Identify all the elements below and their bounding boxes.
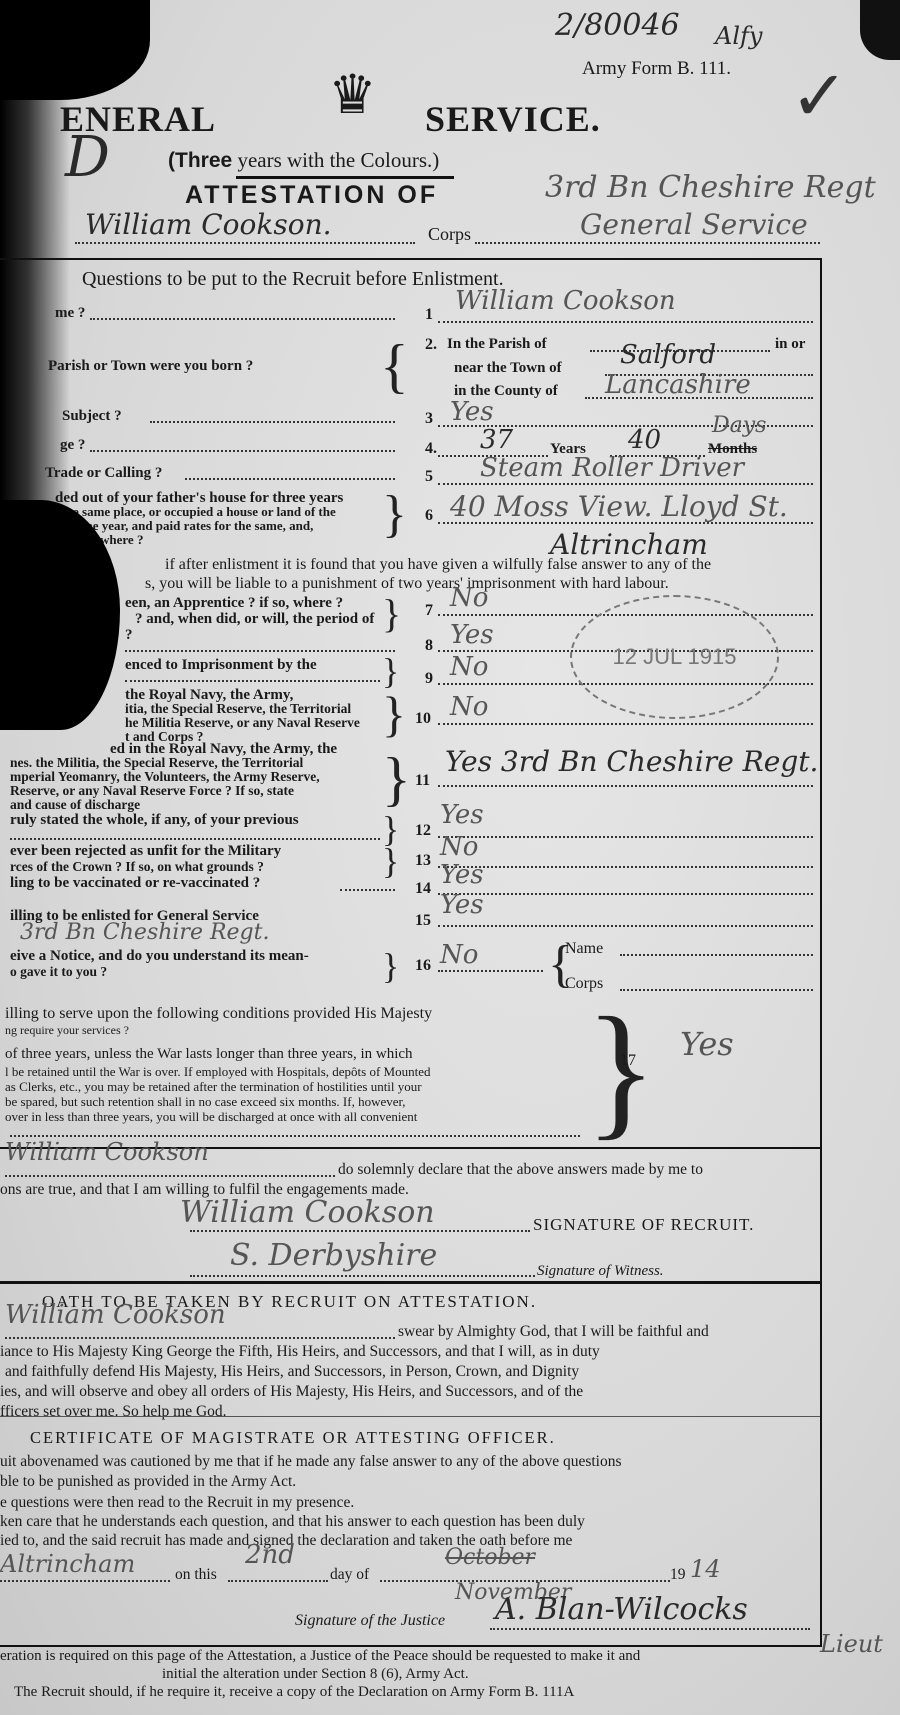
warning-text: if after enlistment it is found that you…: [165, 555, 711, 593]
witness-signature: S. Derbyshire: [230, 1238, 437, 1273]
text-line: the Royal Navy, the Army,: [125, 688, 360, 702]
dotted-line: [620, 954, 813, 956]
brace: }: [585, 995, 657, 1145]
divider: [236, 176, 454, 179]
text-line: een, an Apprentice ? if so, where ?: [125, 595, 374, 611]
age-years-answer: 37: [480, 425, 513, 455]
dotted-line: [438, 321, 813, 323]
dotted-line: [125, 650, 395, 652]
text-line: e same place, or occupied a house or lan…: [55, 505, 343, 519]
title-general: ENERAL: [60, 98, 216, 140]
attestation-form-page: 2/80046 Alfy Army Form B. 111. ✓ D ENERA…: [0, 0, 900, 1715]
question-8-number: 8: [425, 637, 433, 655]
text-line: over in less than three years, you will …: [5, 1109, 432, 1124]
answer-5: Steam Roller Driver: [480, 453, 744, 483]
name-dotted-line: [75, 242, 415, 244]
question-4-text: ge ?: [60, 437, 85, 454]
answer-16: No: [440, 940, 478, 970]
age-months-answer: 40: [628, 425, 661, 455]
question-16-text: eive a Notice, and do you understand its…: [10, 948, 309, 980]
answer-14: Yes: [440, 860, 484, 890]
answer-11: Yes 3rd Bn Cheshire Regt.: [445, 745, 818, 778]
text-line: itia, the Special Reserve, the Territori…: [125, 702, 360, 716]
oath-line: iance to His Majesty King George the Fif…: [0, 1342, 600, 1362]
dotted-line: [438, 836, 813, 838]
divider: [0, 1281, 820, 1284]
notice-name-label: Name: [565, 940, 603, 957]
brace: }: [382, 590, 401, 637]
answer-13: No: [440, 832, 478, 862]
dotted-line: [340, 889, 395, 891]
text-line: if after enlistment it is found that you…: [165, 555, 711, 574]
corps-dotted-line: [475, 242, 820, 244]
text-line: mperial Yeomanry, the Volunteers, the Ar…: [10, 770, 337, 784]
text-line: l be retained until the War is over. If …: [5, 1064, 432, 1079]
question-12-text: ruly stated the whole, if any, of your p…: [10, 812, 299, 829]
parish-label: In the Parish of: [447, 336, 547, 353]
question-7-text: een, an Apprentice ? if so, where ? ? an…: [125, 595, 374, 643]
answer-9: No: [450, 652, 488, 682]
day-handwritten: 2nd: [245, 1540, 295, 1570]
answer-15: Yes: [440, 890, 484, 920]
question-3-number: 3: [425, 410, 433, 428]
brace: }: [382, 745, 411, 814]
certificate-line: uit abovenamed was cautioned by me that …: [0, 1452, 622, 1472]
days-correction: Days: [712, 413, 766, 438]
answer-17: Yes: [680, 1025, 734, 1063]
year-handwritten: 14: [690, 1555, 721, 1583]
question-2-number: 2.: [425, 336, 437, 354]
question-6-number: 6: [425, 507, 433, 525]
place-handwritten: Altrincham: [0, 1550, 135, 1578]
answer-8: Yes: [450, 620, 494, 650]
town-answer: Salford: [620, 340, 716, 370]
question-17-text: illing to serve upon the following condi…: [5, 1005, 432, 1124]
question-13-number: 13: [415, 852, 431, 870]
dotted-line: [5, 1337, 395, 1339]
margin-handwriting: 3rd Bn Cheshire Regt.: [20, 920, 269, 945]
text-line: ed in the Royal Navy, the Army, the: [10, 742, 337, 756]
question-9-number: 9: [425, 670, 433, 688]
question-11-number: 11: [415, 772, 430, 790]
oath-line: ies, and will observe and obey all order…: [0, 1382, 583, 1402]
dotted-line: [150, 421, 395, 423]
recruit-signature: William Cookson: [180, 1195, 435, 1230]
question-11-text: ed in the Royal Navy, the Army, the nes.…: [10, 742, 337, 812]
dotted-line: [490, 1628, 810, 1630]
question-2-text: Parish or Town were you born ?: [48, 358, 253, 375]
declaration-line-1: do solemnly declare that the above answe…: [338, 1160, 703, 1180]
margin-handwriting: Lieut: [820, 1630, 883, 1658]
dotted-line: [190, 1230, 530, 1232]
question-5-text: Trade or Calling ?: [45, 465, 162, 482]
burned-edge: [0, 0, 150, 100]
footer-line: initial the alteration under Section 8 (…: [162, 1666, 469, 1683]
text-line: ?: [125, 627, 374, 643]
question-1-number: 1: [425, 306, 433, 324]
corps-label: Corps: [428, 224, 471, 245]
brace: }: [382, 945, 399, 987]
question-12-number: 12: [415, 822, 431, 840]
justice-signature: A. Blan-Wilcocks: [495, 1592, 748, 1627]
question-3-text: Subject ?: [62, 408, 122, 425]
brace: {: [380, 332, 409, 401]
dotted-line: [10, 1135, 580, 1137]
witness-signature-label: Signature of Witness.: [537, 1263, 664, 1280]
text-line: ever been rejected as unfit for the Mili…: [10, 843, 281, 859]
unit-handwritten: 3rd Bn Cheshire Regt: [545, 170, 876, 205]
month-struck: October: [445, 1545, 535, 1570]
answer-3: Yes: [450, 397, 494, 427]
title-service: SERVICE.: [425, 98, 601, 140]
oath-line: and faithfully defend His Majesty, His H…: [5, 1362, 579, 1382]
questions-heading: Questions to be put to the Recruit befor…: [82, 268, 504, 291]
text-line: eive a Notice, and do you understand its…: [10, 948, 309, 964]
question-5-number: 5: [425, 468, 433, 486]
dotted-line: [10, 838, 380, 840]
dotted-line: [438, 785, 813, 787]
subtitle-bold: (Three: [168, 149, 232, 172]
question-14-number: 14: [415, 880, 431, 898]
justice-signature-label: Signature of the Justice: [295, 1612, 445, 1630]
year-prefix: 19: [670, 1565, 686, 1585]
text-line: s, you will be liable to a punishment of…: [145, 574, 711, 593]
royal-crest-icon: ♛: [315, 60, 390, 130]
divider: [0, 1416, 820, 1417]
text-line: as Clerks, etc., you may be retained aft…: [5, 1079, 432, 1094]
certificate-line: ble to be punished as provided in the Ar…: [0, 1472, 296, 1492]
text-line: of three years, unless the War lasts lon…: [5, 1044, 432, 1064]
text-line: nes. the Militia, the Special Reserve, t…: [10, 756, 337, 770]
oath-line: swear by Almighty God, that I will be fa…: [398, 1322, 709, 1342]
dotted-line: [438, 723, 813, 725]
answer-10: No: [450, 692, 488, 722]
burned-edge: [860, 0, 900, 60]
question-7-number: 7: [425, 602, 433, 620]
text-line: ? and, when did, or will, the period of: [125, 611, 374, 627]
answer-7: No: [450, 583, 488, 613]
oath-line: fficers set over me. So help me God.: [0, 1402, 227, 1422]
day-of-label: day of: [330, 1565, 369, 1585]
reference-number: 2/80046: [555, 8, 680, 43]
initials: Alfy: [715, 22, 762, 50]
county-answer: Lancashire: [605, 370, 751, 400]
text-line: be spared, but such retention shall in n…: [5, 1094, 432, 1109]
text-line: rces of the Crown ? If so, on what groun…: [10, 859, 281, 875]
question-1-text: me ?: [55, 305, 85, 322]
dotted-line: [438, 483, 813, 485]
dotted-line: [5, 1175, 335, 1177]
footer-line: eration is required on this page of the …: [0, 1648, 640, 1665]
check-mark-icon: ✓: [790, 55, 849, 138]
corps-handwritten: General Service: [580, 208, 808, 241]
dotted-line: [0, 1580, 170, 1582]
subtitle: (Three years with the Colours.): [168, 148, 439, 173]
dotted-line: [90, 318, 395, 320]
question-15-number: 15: [415, 912, 431, 930]
subtitle-rest: years with the Colours.): [237, 148, 439, 172]
dotted-line: [125, 680, 380, 682]
text-line: illing to serve upon the following condi…: [5, 1005, 432, 1023]
question-10-text: the Royal Navy, the Army, itia, the Spec…: [125, 688, 360, 744]
question-4-number: 4.: [425, 440, 437, 458]
question-16-number: 16: [415, 957, 431, 975]
text-line: o gave it to you ?: [10, 964, 309, 980]
question-14-text: ling to be vaccinated or re-vaccinated ?: [10, 875, 260, 892]
date-stamp: 12 JUL 1915: [570, 595, 779, 719]
declaration-name-handwritten: William Cookson: [5, 1138, 209, 1166]
brace: }: [382, 485, 407, 544]
dotted-line: [438, 970, 543, 972]
form-number: Army Form B. 111.: [582, 58, 731, 80]
brace: }: [382, 840, 399, 882]
dotted-line: [185, 478, 395, 480]
recruit-name-handwritten: William Cookson.: [85, 208, 332, 241]
town-label: near the Town of: [454, 360, 562, 377]
dotted-line: [438, 866, 813, 868]
oath-name-handwritten: William Cookson: [5, 1300, 226, 1330]
certificate-heading: CERTIFICATE OF MAGISTRATE OR ATTESTING O…: [30, 1428, 556, 1448]
on-this-label: on this: [175, 1565, 217, 1585]
certificate-line: ken care that he understands each questi…: [0, 1512, 585, 1532]
text-line: he Militia Reserve, or any Naval Reserve: [125, 716, 360, 730]
text-line: ng require your services ?: [5, 1023, 432, 1038]
question-13-text: ever been rejected as unfit for the Mili…: [10, 843, 281, 875]
recruit-signature-label: SIGNATURE OF RECRUIT.: [533, 1215, 754, 1235]
dotted-line: [438, 925, 813, 927]
question-17-number: 17: [620, 1052, 636, 1070]
in-or-label: in or: [775, 336, 805, 353]
dotted-line: [90, 450, 395, 452]
text-line: Reserve, or any Naval Reserve Force ? If…: [10, 784, 337, 798]
dotted-line: [438, 893, 813, 895]
footer-line: The Recruit should, if he require it, re…: [14, 1684, 574, 1701]
attestation-heading: ATTESTATION OF: [185, 181, 438, 210]
question-10-number: 10: [415, 710, 431, 728]
dotted-line: [228, 1580, 328, 1582]
certificate-line: e questions were then read to the Recrui…: [0, 1493, 354, 1513]
question-9-text: enced to Imprisonment by the: [125, 657, 317, 674]
text-line: ded out of your father's house for three…: [55, 491, 343, 505]
answer-1: William Cookson: [455, 286, 676, 316]
text-line: and cause of discharge: [10, 798, 337, 812]
brace: }: [382, 685, 406, 743]
answer-6: 40 Moss View. Lloyd St.: [450, 490, 788, 523]
text-line: one year, and paid rates for the same, a…: [55, 519, 343, 533]
answer-12: Yes: [440, 800, 484, 830]
dotted-line: [190, 1275, 535, 1277]
